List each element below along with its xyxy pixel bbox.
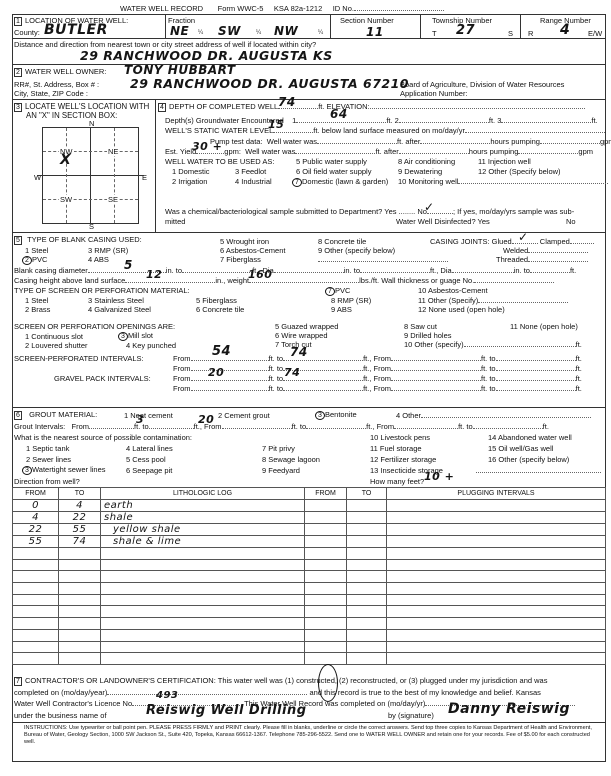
opening-option[interactable]: 2 Louvered shutter: [25, 341, 88, 350]
use-option[interactable]: 5 Public water supply: [296, 157, 367, 166]
openings-title: SCREEN OR PERFORATION OPENINGS ARE:: [14, 322, 175, 331]
use-option[interactable]: 4 Industrial: [235, 177, 272, 186]
col-plugging-intervals: PLUGGING INTERVALS: [387, 488, 606, 500]
table-header-row: FROM TO LITHOLOGIC LOG FROM TO PLUGGING …: [13, 488, 606, 500]
disinfected-no[interactable]: No: [566, 217, 576, 226]
quadrant-se: SE: [107, 195, 119, 204]
fraction-3-field[interactable]: NW: [274, 24, 298, 38]
contam-option[interactable]: 2 Sewer lines: [26, 455, 71, 464]
contam-other-field[interactable]: [476, 466, 601, 475]
contam-option[interactable]: 16 Other (specify below): [488, 455, 569, 464]
col-from: FROM: [13, 488, 59, 500]
height-field[interactable]: 12: [146, 268, 162, 281]
screen-option[interactable]: 11 Other (Specify): [418, 296, 568, 305]
table-row[interactable]: [13, 653, 606, 665]
opening-option[interactable]: 5 Guazed wrapped: [275, 322, 338, 331]
contam-option[interactable]: 14 Abandoned water well: [488, 433, 572, 442]
contam-option[interactable]: 5 Cess pool: [126, 455, 166, 464]
contam-option-selected[interactable]: 3Watertight sewer lines: [22, 465, 106, 475]
table-row[interactable]: [13, 618, 606, 630]
casing-option[interactable]: 1 Steel: [25, 246, 48, 255]
range-suffix: E/W: [588, 29, 602, 38]
city-label: City, State, ZIP Code :: [14, 89, 88, 98]
diameter-row: Blank casing diameterin. toft., Diain. t…: [14, 266, 576, 275]
licence-field[interactable]: 493: [156, 690, 178, 701]
contam-option[interactable]: 9 Feedyard: [262, 466, 300, 475]
opening-option[interactable]: 9 Drilled holes: [404, 331, 452, 340]
contam-option[interactable]: 11 Fuel storage: [370, 444, 422, 453]
range-field[interactable]: 4: [560, 22, 570, 38]
business-name-field[interactable]: Reiswig Well Drilling: [146, 703, 307, 718]
welded-field[interactable]: Welded: [503, 246, 588, 255]
contam-option[interactable]: 12 Fertilizer storage: [370, 455, 436, 464]
casing-option[interactable]: 7 Fiberglass: [220, 255, 261, 264]
table-row[interactable]: [13, 583, 606, 595]
id-label: ID No.: [333, 4, 354, 13]
gw-row: Depth(s) Groundwater Encountered 1ft. 2f…: [165, 116, 598, 125]
grout-option[interactable]: 2 Cement grout: [218, 411, 270, 420]
yield-row: Est. Yieldgpm: Well water wasft. afterho…: [165, 147, 593, 156]
form-header: WATER WELL RECORD Form WWC-5 KSA 82a-121…: [120, 4, 444, 13]
depth-field[interactable]: 74: [278, 95, 296, 109]
contam-option[interactable]: 7 Pit privy: [262, 444, 295, 453]
contam-option[interactable]: 8 Sewage lagoon: [262, 455, 320, 464]
gpi-label: GRAVEL PACK INTERVALS:: [54, 374, 151, 383]
township-field[interactable]: 27: [456, 23, 475, 38]
quadrant-ne: NE: [107, 147, 119, 156]
section-field[interactable]: 11: [366, 25, 384, 39]
quarter-symbol: ¼: [318, 30, 323, 36]
grout-intervals-row: Grout Intervals: Fromft. toft., Fromft. …: [14, 422, 549, 431]
use-option-selected[interactable]: 7Domestic (lawn & garden): [292, 177, 388, 187]
signature-field[interactable]: Danny Reiswig: [448, 701, 570, 717]
quarter-symbol: ¼: [198, 30, 203, 36]
static-row: WELL'S STATIC WATER LEVELft. below land …: [165, 126, 605, 135]
screen-option[interactable]: 8 RMP (SR): [331, 296, 371, 305]
table-row[interactable]: [13, 606, 606, 618]
screen-option[interactable]: 10 Asbestos-Cement: [418, 286, 488, 295]
table-row[interactable]: [13, 641, 606, 653]
quarter-symbol: ¼: [256, 30, 261, 36]
casing-joints: CASING JOINTS: Glued Clamped: [430, 237, 594, 246]
table-row[interactable]: [13, 629, 606, 641]
howmany-field[interactable]: 10 +: [424, 470, 454, 483]
casing-option[interactable]: 6 Asbestos-Cement: [220, 246, 285, 255]
screen-option[interactable]: 5 Fiberglass: [196, 296, 237, 305]
sample-question: Was a chemical/bacteriological sample su…: [165, 207, 574, 216]
spi-to-field[interactable]: 74: [290, 345, 308, 359]
screen-option[interactable]: 4 Galvanized Steel: [88, 305, 151, 314]
fraction-2-field[interactable]: SW: [218, 24, 241, 38]
contam-option[interactable]: 1 Septic tank: [26, 444, 69, 453]
screen-title: TYPE OF SCREEN OR PERFORATION MATERIAL:: [14, 286, 190, 295]
use-option[interactable]: 9 Dewatering: [398, 167, 442, 176]
table-row[interactable]: [13, 571, 606, 583]
opening-option[interactable]: 8 Saw cut: [404, 322, 437, 331]
spi-row-1: Fromft. toft., Fromft. toft.: [173, 354, 582, 363]
gpi-row-1: Fromft. toft., Fromft. toft.: [173, 374, 582, 383]
s2-title: 2WATER WELL OWNER:: [14, 67, 106, 77]
gw1-field[interactable]: 64: [330, 107, 348, 121]
casing-option[interactable]: 5 Wrought iron: [220, 237, 269, 246]
use-option[interactable]: 3 Feedlot: [235, 167, 266, 176]
county-label: County:: [14, 28, 40, 37]
range-prefix: R: [528, 29, 533, 38]
s3-subtitle: AN "X" IN SECTION BOX:: [26, 111, 117, 120]
grout-other[interactable]: 4 Other: [396, 411, 591, 420]
distance-field[interactable]: 29 RANCHWOOD DR. AUGUSTA KS: [80, 48, 333, 63]
static-level-field[interactable]: 15: [268, 118, 284, 131]
contam-option[interactable]: 10 Livestock pens: [370, 433, 430, 442]
contam-option[interactable]: 15 Oil well/Gas well: [488, 444, 553, 453]
address-label: RR#, St. Address, Box # :: [14, 80, 99, 89]
well-x-mark: X: [60, 152, 71, 168]
screen-option[interactable]: 12 None used (open hole): [418, 305, 505, 314]
use-option[interactable]: 2 Irrigation: [172, 177, 207, 186]
cert-line-2: completed on (mo/day/year) and this reco…: [14, 688, 541, 697]
county-field[interactable]: BUTLER: [44, 22, 108, 38]
lithologic-log-table: FROM TO LITHOLOGIC LOG FROM TO PLUGGING …: [12, 487, 606, 665]
section-label: Section Number: [340, 16, 394, 25]
pump-row: Pump test data: Well water wasft. afterh…: [210, 137, 611, 146]
business-label: under the business name of: [14, 711, 107, 720]
s4-depth: 4DEPTH OF COMPLETED WELLft. ELEVATION:: [158, 102, 585, 112]
spi-label: SCREEN-PERFORATED INTERVALS:: [14, 354, 144, 363]
contam-option[interactable]: 6 Seepage pit: [126, 466, 172, 475]
address-field[interactable]: 29 RANCHWOOD DR. AUGUSTA 67210: [130, 76, 409, 91]
township-prefix: T: [432, 29, 437, 38]
screen-option[interactable]: 3 Stainless Steel: [88, 296, 144, 305]
casing-option-selected[interactable]: 2PVC: [22, 255, 47, 265]
screen-option[interactable]: 2 Brass: [25, 305, 50, 314]
table-row[interactable]: 2255yellow shale: [13, 524, 606, 536]
casing-other-field[interactable]: [318, 255, 448, 264]
casing-option[interactable]: 3 RMP (SR): [88, 246, 128, 255]
table-row[interactable]: 5574shale & lime: [13, 536, 606, 548]
opening-option[interactable]: 11 None (open hole): [510, 322, 578, 331]
disinfected-label: Water Well Disinfected? Yes: [396, 217, 490, 226]
signature-label: by (signature): [388, 711, 434, 720]
use-option[interactable]: 6 Oil field water supply: [296, 167, 371, 176]
casing-option[interactable]: 9 Other (specify below): [318, 246, 395, 255]
sample-no-mark[interactable]: ✓: [424, 200, 435, 214]
grout-option-selected[interactable]: 3Bentonite: [315, 410, 357, 420]
quadrant-sw: SW: [59, 195, 73, 204]
col-to: TO: [59, 488, 101, 500]
col-lithologic-log: LITHOLOGIC LOG: [101, 488, 305, 500]
form-number: Form WWC-5: [218, 4, 264, 13]
spi-row-2: Fromft. toft., Fromft. toft.: [173, 364, 582, 373]
screen-option[interactable]: 9 ABS: [331, 305, 352, 314]
screen-option-selected[interactable]: 7PVC: [325, 286, 350, 296]
table-row[interactable]: 422shale: [13, 512, 606, 524]
grout-to-field[interactable]: 20: [198, 413, 214, 426]
table-row[interactable]: [13, 548, 606, 560]
board-label: Board of Agriculture, Division of Water …: [400, 80, 564, 89]
gpi-to-field[interactable]: 74: [284, 366, 300, 379]
grout-option[interactable]: 1 Neat cement: [124, 411, 173, 420]
casing-option[interactable]: 8 Concrete tile: [318, 237, 366, 246]
table-row[interactable]: 04earth: [13, 500, 606, 512]
opening-option-selected[interactable]: 3Mill slot: [118, 331, 153, 341]
cert-line-1: 7CONTRACTOR'S OR LANDOWNER'S CERTIFICATI…: [14, 676, 547, 686]
id-field[interactable]: [354, 10, 444, 11]
direction-label: Direction from well?: [14, 477, 80, 486]
use-option[interactable]: 11 Injection well: [478, 157, 531, 166]
gpi-row-2: Fromft. toft., Fromft. toft.: [173, 384, 582, 393]
gpi-from-field[interactable]: 20: [208, 366, 224, 379]
application-label: Application Number:: [400, 89, 468, 98]
opening-option[interactable]: 4 Key punched: [126, 341, 176, 350]
owner-field[interactable]: TONY HUBBART: [124, 63, 236, 77]
township-suffix: S: [508, 29, 513, 38]
table-row[interactable]: [13, 559, 606, 571]
opening-option[interactable]: 1 Continuous slot: [25, 332, 83, 341]
height-row: Casing height above land surfacein., wei…: [14, 276, 554, 285]
grout-from-field[interactable]: 3: [136, 413, 144, 426]
use-option[interactable]: 12 Other (Specify below): [478, 167, 561, 176]
contamination-question: What is the nearest source of possible c…: [14, 433, 192, 442]
yield-field[interactable]: 30 +: [192, 140, 222, 153]
instructions-text: INSTRUCTIONS: Use typewriter or ball poi…: [24, 725, 602, 746]
screen-option[interactable]: 6 Concrete tile: [196, 305, 244, 314]
use-option[interactable]: 8 Air conditioning: [398, 157, 455, 166]
col-plug-to: TO: [347, 488, 387, 500]
sample-question-end: mitted: [165, 217, 185, 226]
form-title: WATER WELL RECORD: [120, 4, 203, 13]
s5-title: 5 TYPE OF BLANK CASING USED:: [14, 235, 142, 245]
fraction-1-field[interactable]: NE: [170, 24, 189, 38]
screen-option[interactable]: 1 Steel: [25, 296, 48, 305]
table-row[interactable]: [13, 594, 606, 606]
use-option[interactable]: 10 Monitoring well: [398, 177, 608, 186]
ksa-ref: KSA 82a-1212: [274, 4, 322, 13]
spi-from-field[interactable]: 54: [212, 344, 231, 359]
weight-field[interactable]: 160: [248, 268, 272, 281]
contam-option[interactable]: 4 Lateral lines: [126, 444, 173, 453]
opening-option[interactable]: 6 Wire wrapped: [275, 331, 328, 340]
diameter-field[interactable]: 5: [124, 258, 133, 272]
howmany-label: How many feet?: [370, 477, 424, 486]
opening-option[interactable]: 10 Other (specify)ft.: [404, 340, 582, 349]
glued-mark[interactable]: ✓: [518, 230, 529, 244]
use-option[interactable]: 1 Domestic: [172, 167, 210, 176]
section-box[interactable]: NW NE SW SE X: [42, 127, 139, 224]
s6-title: 6 GROUT MATERIAL:: [14, 410, 97, 420]
threaded-field[interactable]: Threaded: [496, 255, 588, 264]
col-plug-from: FROM: [305, 488, 347, 500]
casing-option[interactable]: 4 ABS: [88, 255, 109, 264]
use-label: WELL WATER TO BE USED AS:: [165, 157, 274, 166]
